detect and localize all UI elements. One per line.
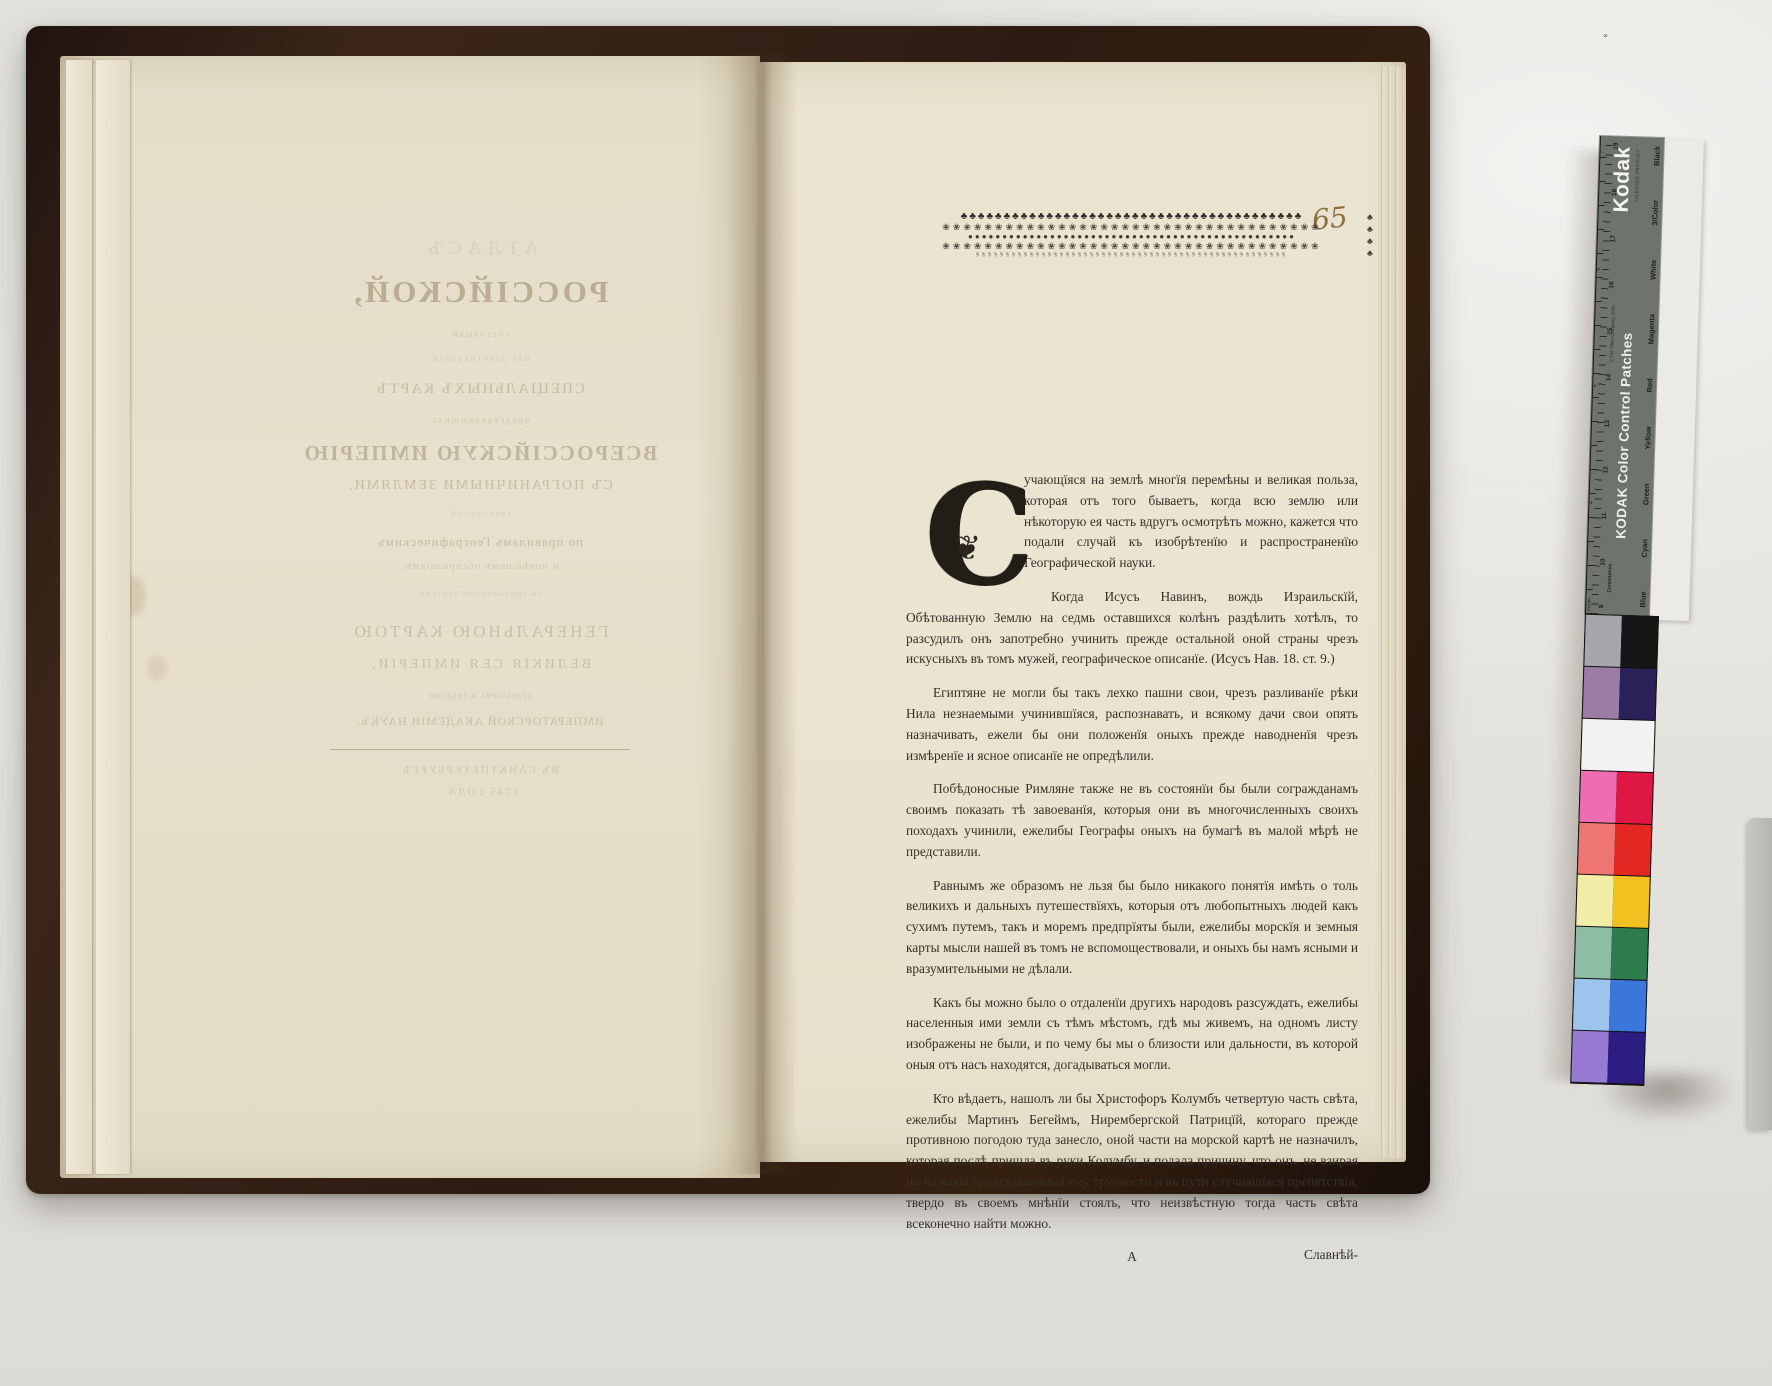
flyleaf-edge (66, 60, 92, 1174)
left-page: АТЛАСЪ РОССІЙСКОЙ, состоящей изъ девятна… (60, 56, 760, 1178)
ornament-row: ❀❀❀❀❀❀❀❀❀❀❀❀❀❀❀❀❀❀❀❀❀❀❀❀❀❀❀❀❀❀❀❀❀❀❀❀ (906, 242, 1358, 252)
ruler-number: 17 (1610, 235, 1617, 242)
showthrough-line: ИМПЕРАТОРСКОЙ АКАДЕМІИ НАУКЪ. (190, 715, 770, 729)
page-stack-fore-edge (1378, 66, 1404, 1158)
kodak-logo: Kodak (1610, 146, 1636, 212)
paragraph: Египтяне не могли бы такъ лехко пашни св… (906, 683, 1358, 766)
color-patch (1576, 875, 1614, 927)
title-page-showthrough: АТЛАСЪ РОССІЙСКОЙ, состоящей изъ девятна… (190, 238, 770, 798)
color-label: Blue (1638, 591, 1648, 608)
color-patch (1609, 980, 1647, 1032)
showthrough-line: ГЕНЕРАЛЬНОЮ КАРТОЮ (190, 622, 770, 642)
ruler-number: 14 (1605, 374, 1612, 381)
color-label: Yellow (1643, 426, 1653, 450)
color-patch-row (1584, 615, 1658, 669)
showthrough-line: представляющихъ (190, 415, 770, 425)
ornament-row: ●●●●●●●●●●●●●●●●●●●●●●●●●●●●●●●●●●●●●●●●… (906, 233, 1358, 242)
color-patch (1579, 771, 1617, 823)
showthrough-line: по правиламъ Географическимъ (190, 535, 770, 550)
color-patch (1584, 615, 1622, 667)
showthrough-line: СЪ ПОГРАНИЧНЫМИ ЗЕМЛЯМИ, (190, 478, 770, 494)
ruler-number: 5 (1592, 384, 1598, 387)
inches-label: Inches (1586, 598, 1591, 611)
color-patch-row (1578, 823, 1652, 877)
color-patch (1583, 667, 1621, 719)
showthrough-line: ВЪ САНКТПЕТЕРБУРГѢ (190, 764, 770, 777)
color-patches (1570, 614, 1659, 1086)
drop-cap-flourish-icon: ❦ (953, 539, 982, 560)
kodak-strip-title: KODAK Color Control Patches (1613, 332, 1634, 539)
color-label: Magenta (1646, 314, 1656, 345)
showthrough-line: состоящей (190, 329, 770, 339)
ornate-initial: С ❦ (924, 473, 1010, 605)
color-patch (1620, 616, 1658, 668)
ruler-number: 9 (1598, 605, 1605, 609)
right-page: 65 ♣♣♣♣♣♣♣♣♣♣♣♣♣♣♣♣♣♣♣♣♣♣♣♣♣♣♣♣♣♣♣♣♣♣♣♣♣… (760, 62, 1406, 1162)
catchword: Славнѣй- (1304, 1245, 1358, 1266)
color-label: Green (1641, 483, 1651, 505)
edge-object (1748, 818, 1772, 1130)
ornament-row: §§§§§§§§§§§§§§§§§§§§§§§§§§§§§§§§§§§§§§§§… (906, 252, 1358, 260)
color-label: Cyan (1640, 539, 1650, 558)
color-patch-row (1575, 927, 1649, 981)
paragraph: Равнымъ же образомъ не льзя бы было ника… (906, 876, 1358, 980)
color-patch (1615, 772, 1653, 824)
color-patch (1611, 928, 1649, 980)
showthrough-rule (330, 749, 630, 750)
color-patch (1581, 719, 1655, 772)
ruler-number: 4 (1588, 501, 1594, 504)
color-patch (1607, 1032, 1645, 1084)
color-patch (1571, 1031, 1609, 1083)
color-label: White (1649, 259, 1659, 280)
ruler-number: 6 (1596, 268, 1602, 271)
foxing-spot (148, 656, 166, 680)
paragraph: Побѣдоносные Римляне также не въ состоян… (906, 779, 1358, 862)
showthrough-line: изъ девятнадцати (190, 353, 770, 363)
paragraph: Кто вѣдаетъ, нашолъ ли бы Христофоръ Кол… (906, 1089, 1358, 1235)
ruler-number: 12 (1602, 466, 1609, 473)
body-text: С ❦ учающїяся на землѣ многїя перемѣны и… (906, 470, 1358, 1269)
ornament-band-end: ♣♣♣♣ (1365, 212, 1374, 260)
color-patch-row (1579, 771, 1653, 825)
kodak-copyright: © The Tiffen Company, 2000 (1609, 305, 1616, 362)
paragraph: Какъ бы можно было о отдаленїи другихъ н… (906, 993, 1358, 1076)
centimetres-label: Centimetres (1607, 564, 1614, 593)
showthrough-line: 1745 ГОДА. (190, 786, 770, 799)
showthrough-line: и новѣйшимъ обсервацїямъ, (190, 560, 770, 573)
showthrough-line: СПЕЦІАЛЬНЫХЪ КАРТЪ (190, 381, 770, 398)
headpiece-ornament-band: ♣♣♣♣♣♣♣♣♣♣♣♣♣♣♣♣♣♣♣♣♣♣♣♣♣♣♣♣♣♣♣♣♣♣♣♣♣♣♣♣… (906, 212, 1358, 260)
color-patch-row (1581, 719, 1655, 773)
color-patch (1619, 668, 1657, 720)
color-patch (1573, 979, 1611, 1031)
flyleaf-edge (96, 60, 130, 1174)
signature-mark: А (1127, 1247, 1137, 1268)
color-patch (1575, 927, 1613, 979)
color-patch-row (1571, 1031, 1645, 1084)
ornament-row: ❀❀❀❀❀❀❀❀❀❀❀❀❀❀❀❀❀❀❀❀❀❀❀❀❀❀❀❀❀❀❀❀❀❀❀❀ (906, 223, 1358, 233)
color-patch-row (1573, 979, 1647, 1033)
color-patch (1614, 824, 1652, 876)
licensed-product-label: LICENSED PRODUCT (1634, 149, 1641, 202)
photo-background: АТЛАСЪ РОССІЙСКОЙ, состоящей изъ девятна… (0, 0, 1772, 1386)
ruler-number: 8 (1603, 34, 1609, 37)
color-patch-row (1583, 667, 1657, 721)
showthrough-line: ВСЕРОССІЙСКУЮ ИМПЕРІЮ (190, 441, 770, 465)
color-patch (1612, 876, 1650, 928)
book-gutter-shadow (726, 54, 796, 1174)
color-label: Red (1645, 378, 1654, 392)
ruler-number: 7 (1599, 151, 1605, 154)
color-patch (1578, 823, 1616, 875)
color-patch-row (1576, 875, 1650, 929)
showthrough-line: съ приложенною притомъ (190, 588, 770, 598)
ruler-number: 11 (1601, 512, 1608, 519)
signature-line: А Славнѣй- (906, 1247, 1358, 1269)
color-label: Black (1652, 146, 1662, 166)
showthrough-line: стараніемъ и трудами (190, 690, 770, 700)
ruler-number: 13 (1604, 420, 1611, 427)
book: АТЛАСЪ РОССІЙСКОЙ, состоящей изъ девятна… (26, 26, 1430, 1194)
color-label: 3/Color (1650, 200, 1660, 226)
showthrough-line: РОССІЙСКОЙ, (190, 274, 770, 310)
ruler-number: 16 (1608, 281, 1615, 288)
showthrough-line: ВЕЛИКІЯ СЕЯ ИМПЕРІИ, (190, 657, 770, 673)
showthrough-line: АТЛАСЪ (190, 238, 770, 260)
showthrough-line: сочиненный (190, 509, 770, 518)
ornament-row: ♣♣♣♣♣♣♣♣♣♣♣♣♣♣♣♣♣♣♣♣♣♣♣♣♣♣♣♣♣♣♣♣♣♣♣♣♣♣♣♣ (906, 212, 1358, 223)
ruler-number: 10 (1600, 558, 1607, 565)
